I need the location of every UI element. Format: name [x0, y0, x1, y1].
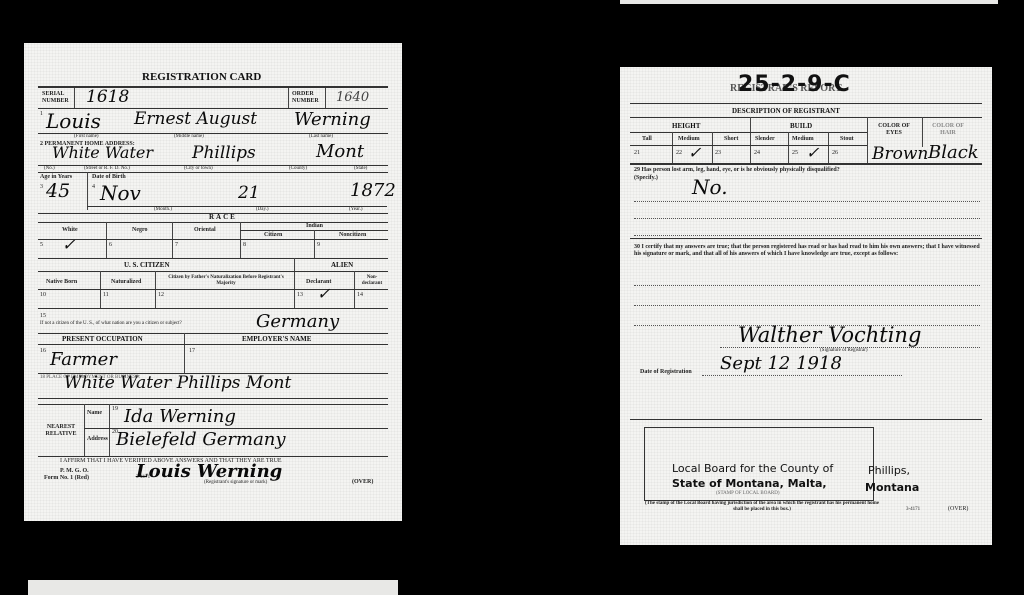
first-name: Louis — [46, 109, 101, 133]
adjacent-card-bottom-fragment — [28, 580, 398, 595]
registrar-signature: Walther Vochting — [738, 323, 921, 347]
relative-name: Ida Werning — [124, 406, 236, 427]
occupation-label: PRESENT OCCUPATION — [62, 335, 143, 343]
employment-place: White Water Phillips Mont — [64, 373, 291, 393]
nationality-value: Germany — [256, 311, 339, 332]
date-of-registration-label: Date of Registration — [640, 369, 692, 375]
nationality-label: If not a citizen of the U. S., of what n… — [40, 321, 182, 326]
order-label: ORDER NUMBER — [292, 91, 322, 105]
question-30: 30 I certify that my answers are true; t… — [634, 244, 982, 258]
stamp-note: (The stamp of the Local Board having jur… — [644, 501, 880, 513]
hair-color: Black — [928, 142, 979, 163]
dob-label: Date of Birth — [92, 174, 126, 180]
age-value: 45 — [46, 180, 70, 202]
stamp-county: Phillips, — [868, 464, 910, 477]
card-title: REGISTRATION CARD — [142, 71, 261, 83]
dob-day: 21 — [238, 183, 260, 203]
description-title: DESCRIPTION OF REGISTRANT — [732, 107, 840, 115]
build-medium-check: ✓ — [806, 143, 819, 163]
alien-declarant-check: ✓ — [317, 284, 330, 304]
nearest-relative-label: NEAREST RELATIVE — [41, 424, 81, 438]
registrant-signature: Louis Werning — [136, 461, 282, 482]
occupation-value: Farmer — [50, 349, 117, 370]
middle-name: Ernest August — [134, 109, 257, 129]
race-title: RACE — [209, 213, 237, 221]
relative-address: Bielefeld Germany — [116, 429, 286, 450]
citizen-title: U. S. CITIZEN — [124, 261, 170, 269]
eye-color: Brown — [872, 144, 928, 164]
serial-stamp: 25-2-9-C — [738, 72, 851, 97]
registration-card-front: REGISTRATION CARD SERIAL NUMBER 1618 ORD… — [24, 43, 402, 521]
alien-title: ALIEN — [331, 261, 353, 269]
address-street: White Water — [52, 143, 153, 162]
serial-value: 1618 — [86, 87, 129, 107]
stamp-line-1: Local Board for the County of — [672, 462, 833, 475]
race-white-check: ✓ — [62, 235, 75, 255]
q29-answer: No. — [692, 175, 728, 199]
registration-card-back: REGISTRAR'S REPORT 25-2-9-C DESCRIPTION … — [620, 67, 992, 545]
registration-date: Sept 12 1918 — [720, 353, 842, 374]
question-29: 29 Has person lost arm, leg, hand, eye, … — [634, 167, 840, 173]
last-name: Werning — [294, 109, 371, 130]
serial-label: SERIAL NUMBER — [42, 91, 70, 105]
dob-month: Nov — [100, 181, 141, 205]
stamp-line-2: State of Montana, Malta, — [672, 477, 827, 490]
dob-year: 1872 — [350, 180, 396, 201]
address-state: Mont — [316, 141, 364, 162]
order-value: 1640 — [336, 90, 369, 105]
adjacent-card-top-fragment — [620, 0, 998, 4]
height-medium-check: ✓ — [688, 143, 701, 163]
stamp-state: Montana — [865, 481, 919, 494]
address-city: Phillips — [192, 143, 256, 163]
employer-label: EMPLOYER'S NAME — [242, 335, 311, 343]
